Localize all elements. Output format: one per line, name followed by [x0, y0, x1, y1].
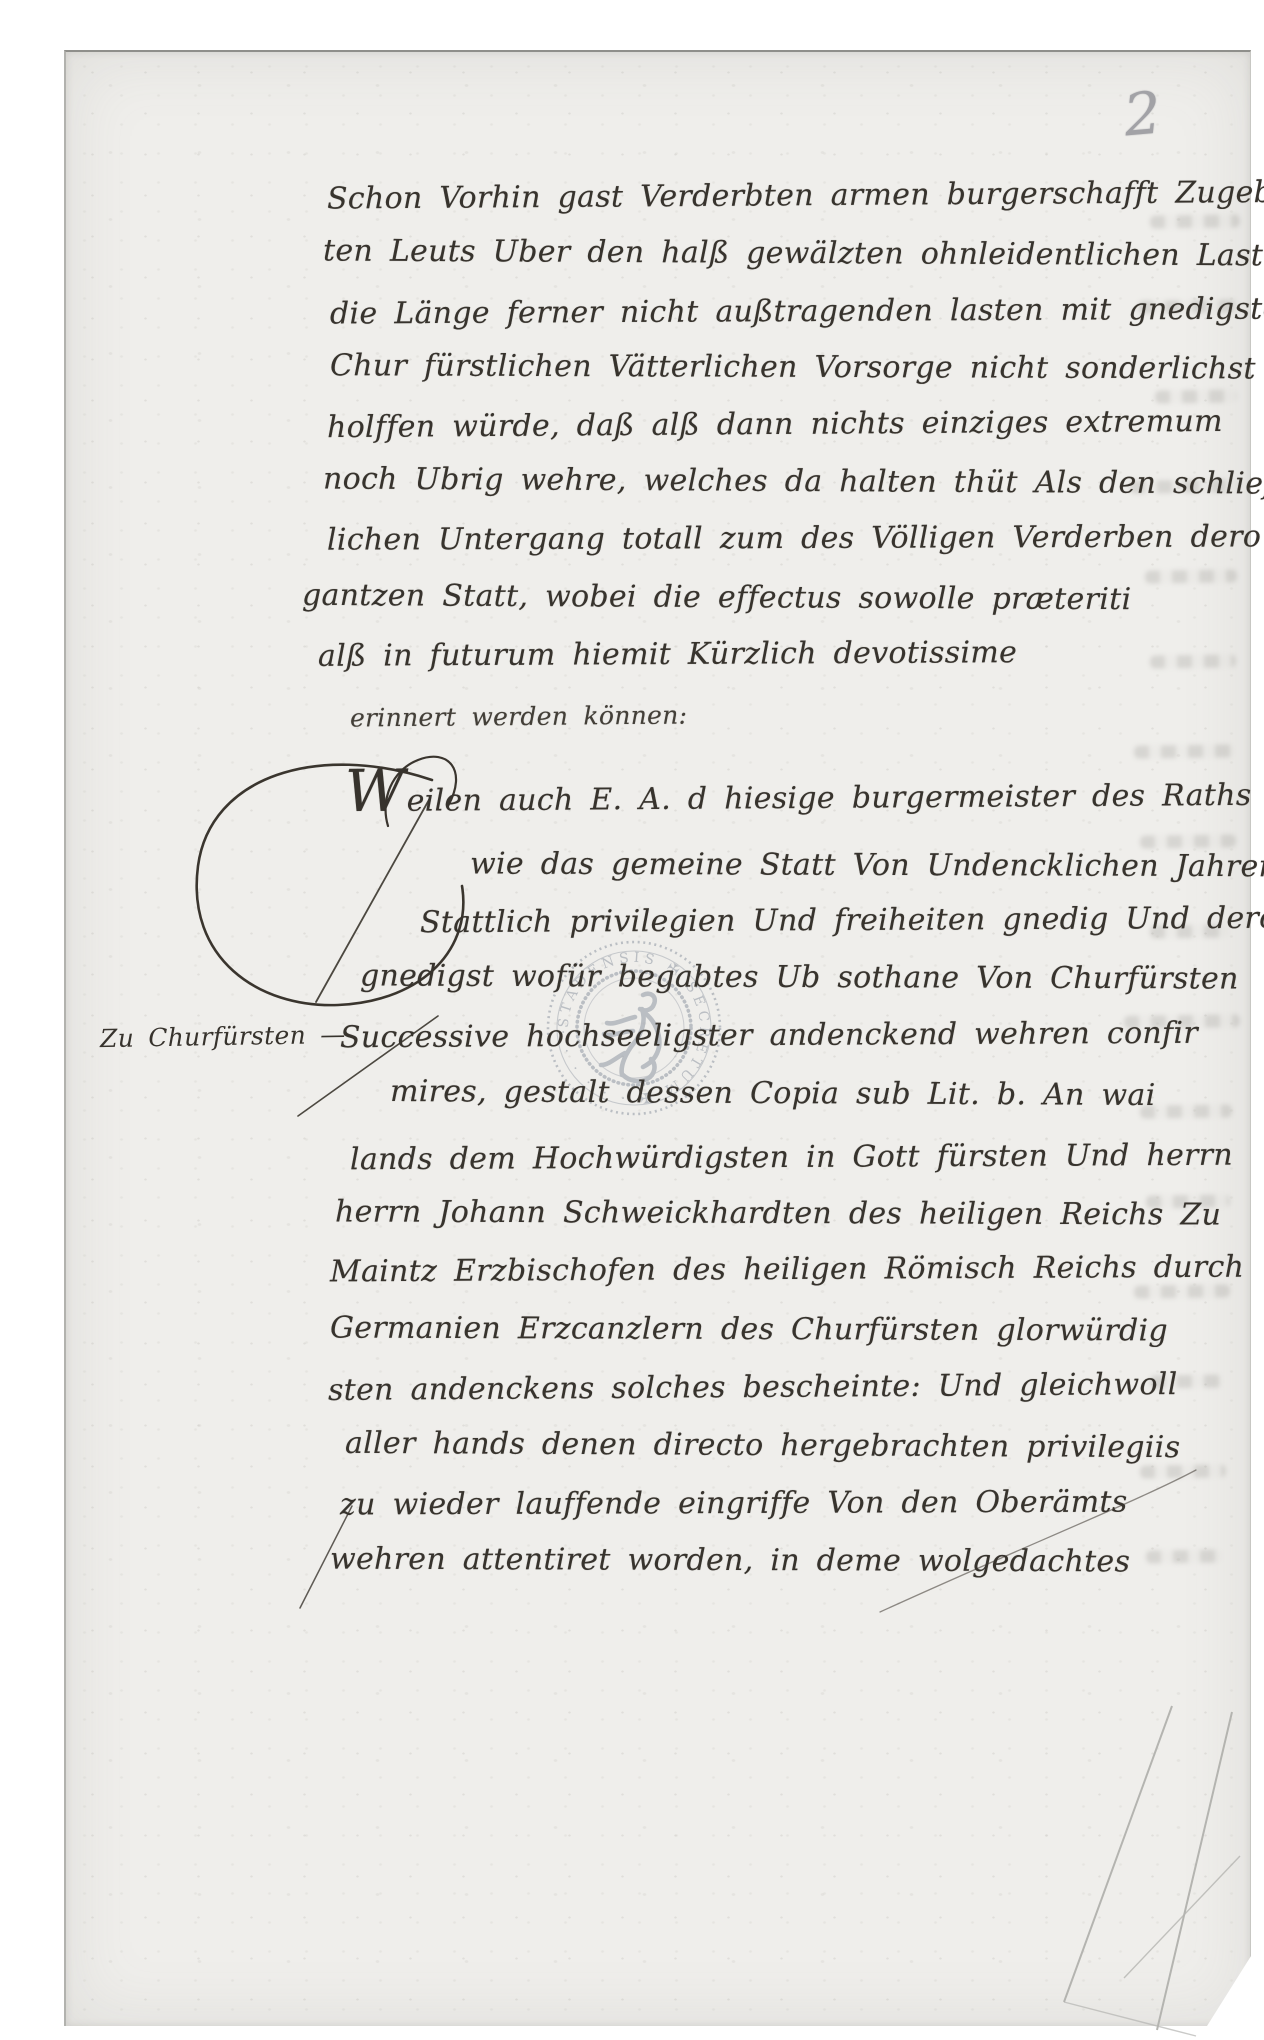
manuscript-line: alß in futurum hiemit Kürzlich devotissi…	[318, 635, 1017, 674]
manuscript-line: Germanien Erzcanzlern des Churfürsten gl…	[330, 1311, 1168, 1349]
manuscript-line: noch Ubrig wehre, welches da halten thüt…	[323, 461, 1264, 501]
ink-bleed-through	[1140, 1464, 1226, 1478]
manuscript-line: gnedigst wofür begabtes Ub sothane Von C…	[360, 958, 1239, 996]
manuscript-line: erinnert werden können:	[350, 701, 688, 733]
ink-bleed-through	[1134, 744, 1234, 758]
ink-bleed-through	[1140, 834, 1236, 848]
ink-bleed-through	[1155, 389, 1237, 403]
manuscript-line: lichen Untergang totall zum des Völligen…	[327, 519, 1261, 557]
manuscript-line: mires, gestalt dessen Copia sub Lit. b. …	[390, 1074, 1156, 1113]
manuscript-line: wehren attentiret worden, in deme wolged…	[330, 1542, 1130, 1580]
manuscript-line: Maintz Erzbischofen des heiligen Römisch…	[330, 1250, 1244, 1290]
manuscript-line: wie das gemeine Statt Von Undencklichen …	[470, 846, 1264, 884]
manuscript-line: Weilen auch E. A. d hiesige burgermeiste…	[345, 775, 1252, 819]
manuscript-line: holffen würde, daß alß dann nichts einzi…	[327, 404, 1223, 445]
manuscript-line: Schon Vorhin gast Verderbten armen burge…	[327, 174, 1264, 216]
manuscript-line: gantzen Statt, wobei die effectus sowoll…	[302, 578, 1132, 617]
manuscript-line: Stattlich privilegien Und freiheiten gne…	[420, 901, 1264, 940]
ink-bleed-through	[1134, 1284, 1230, 1298]
margin-note: Zu Churfürsten —	[100, 1020, 346, 1053]
manuscript-line: Chur fürstlichen Vätterlichen Vorsorge n…	[330, 348, 1264, 387]
manuscript-line: aller hands denen directo hergebrachten …	[345, 1426, 1181, 1465]
manuscript-line: herrn Johann Schweickhardten des heilige…	[335, 1194, 1221, 1232]
manuscript-line: lands dem Hochwürdigsten in Gott fürsten…	[350, 1138, 1233, 1178]
manuscript-line: Successive hochseeligster andenckend weh…	[340, 1016, 1198, 1055]
ink-bleed-through	[1150, 654, 1236, 668]
manuscript-line: ten Leuts Uber den halß gewälzten ohnlei…	[323, 233, 1264, 273]
manuscript-line: die Länge ferner nicht außtragenden last…	[330, 291, 1264, 331]
ink-bleed-through	[1146, 1549, 1222, 1563]
ink-bleed-through	[1145, 569, 1237, 583]
manuscript-line: sten andenckens solches bescheinte: Und …	[328, 1367, 1178, 1408]
ink-bleed-through	[1150, 214, 1240, 228]
page-number: 2	[1121, 79, 1164, 150]
manuscript-scan: 2 STADENSIS ✠ SECRETUM ✠ · · · · · ·	[0, 0, 1264, 2040]
manuscript-line: zu wieder lauffende eingriffe Von den Ob…	[340, 1485, 1128, 1523]
